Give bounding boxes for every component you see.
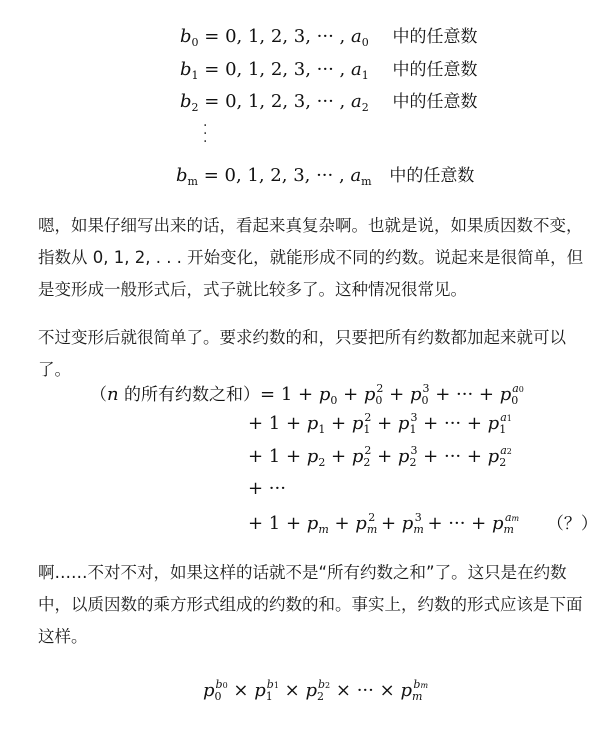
paragraph-explanation: 嗯，如果仔细写出来的话，看起来真复杂啊。也就是说，如果质因数不变，指数从 0, … [38,210,598,306]
subscript: 2 [362,101,369,114]
exp-sub: m [512,514,520,523]
subscript: 1 [362,69,369,82]
equation-row-0: （n 的所有约数之和）= 1 + p0 + p02 + p03 + ··· + … [90,380,524,405]
var-b: b [180,59,192,80]
subscript: m [412,690,422,703]
exp-sub: 1 [274,681,279,690]
var-b: b [180,26,192,47]
exp-sub: 2 [325,681,330,690]
ellipsis: ··· [357,680,374,701]
var-b: b [176,165,188,186]
subscript: 1 [192,69,199,82]
subscript: m [188,175,198,188]
subscript: 0 [215,690,222,703]
divisor-product-formula: p0b0 × p1b1 × p2b2 × ··· × pmbm [203,680,428,701]
times-sign: × [336,680,351,701]
times-sign: × [233,680,248,701]
term-prefix: + ··· [248,478,286,499]
exponent-range-b1: b1 = 0, 1, 2, 3, ··· , a1 中的任意数 [180,55,477,80]
times-sign: × [285,680,300,701]
equals-sign: = [260,384,275,405]
subscript: 1 [266,690,273,703]
question-mark-annotation: （？） [547,514,598,534]
equation-row-ellipsis: + ··· [248,478,286,499]
var-a: a [351,59,362,80]
term-prefix: + 1 + [248,513,301,534]
subscript: m [361,175,371,188]
var-n: n [107,384,119,405]
exp-sub: 0 [519,385,524,394]
exp-sub: m [420,681,428,690]
subscript: 2 [192,101,199,114]
var-a: a [350,165,361,186]
exp-sub: 1 [507,414,512,423]
equation-row-m: + 1 + pm + pm2 + pm3 + ··· + pmam （？） [248,509,598,534]
exponent-range-b0: b0 = 0, 1, 2, 3, ··· , a0 中的任意数 [180,22,477,47]
range-caption: 中的任意数 [392,27,477,47]
exp-sub: 0 [223,681,228,690]
value-list: = 0, 1, 2, 3, ··· , [204,165,345,186]
times-sign: × [380,680,395,701]
exponent-range-bm: bm = 0, 1, 2, 3, ··· , am 中的任意数 [176,161,474,186]
var-a: a [351,26,362,47]
equation-row-1: + 1 + p1 + p12 + p13 + ··· + p1a1 [248,413,512,434]
lhs-label: 的所有约数之和） [119,385,260,405]
term-prefix: + 1 + [248,413,301,434]
exp-sub: 2 [507,447,512,456]
value-list: = 0, 1, 2, 3, ··· , [204,91,345,112]
exponent-range-b2: b2 = 0, 1, 2, 3, ··· , a2 中的任意数 [180,87,477,112]
range-caption: 中的任意数 [392,60,477,80]
subscript: 0 [362,36,369,49]
range-caption: 中的任意数 [389,166,474,186]
subscript: 0 [192,36,199,49]
var-b: b [180,91,192,112]
paragraph-correction: 啊……不对不对，如果这样的话就不是“所有约数之和”了。这只是在约数中，以质因数的… [38,557,598,653]
equation-row-2: + 1 + p2 + p22 + p23 + ··· + p2a2 [248,446,512,467]
paragraph-sum-intro: 不过变形后就很简单了。要求约数的和，只要把所有约数都加起来就可以了。 [38,322,598,386]
paren-open: （ [90,385,107,405]
vertical-ellipsis: ··· [203,122,207,146]
var-a: a [351,91,362,112]
term-prefix: + 1 + [248,446,301,467]
value-list: = 0, 1, 2, 3, ··· , [204,26,345,47]
value-list: = 0, 1, 2, 3, ··· , [204,59,345,80]
subscript: 2 [317,690,324,703]
term-prefix: 1 + [281,384,313,405]
range-caption: 中的任意数 [392,92,477,112]
